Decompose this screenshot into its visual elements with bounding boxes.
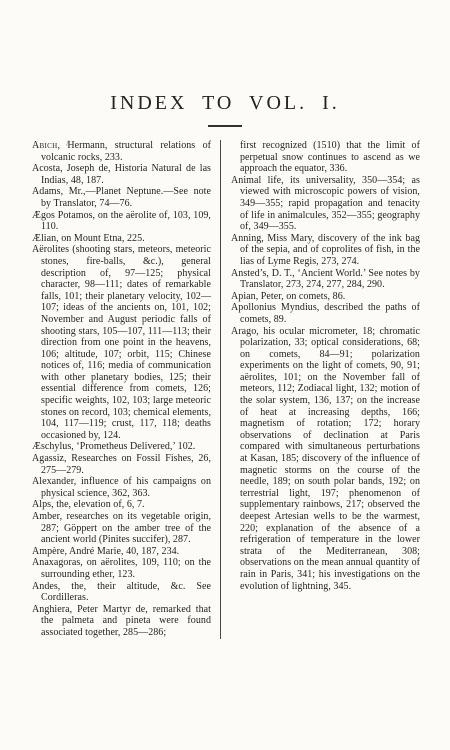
- page-title: INDEX TO VOL. I.: [0, 0, 450, 114]
- index-columns: Abich, Hermann, structural relations of …: [0, 127, 450, 639]
- index-entry: Agassiz, Researches on Fossil Fishes, 26…: [32, 453, 211, 476]
- index-entry: Anaxagoras, on aërolites, 109, 110; on t…: [32, 557, 211, 580]
- index-entry: Aërolites (shooting stars, meteors, mete…: [32, 244, 211, 441]
- index-entry: Alps, the, elevation of, 6, 7.: [32, 499, 211, 511]
- index-entry: Ampère, André Marie, 40, 187, 234.: [32, 546, 211, 558]
- index-entry: Abich, Hermann, structural relations of …: [32, 140, 211, 163]
- index-entry: Amber, researches on its vegetable origi…: [32, 511, 211, 546]
- left-column: Abich, Hermann, structural relations of …: [32, 140, 211, 639]
- index-entry: Alexander, influence of his campaigns on…: [32, 476, 211, 499]
- column-divider: [220, 140, 221, 639]
- index-entry: Acosta, Joseph de, Historia Natural de l…: [32, 163, 211, 186]
- right-column: first recognized (1510) that the limit o…: [231, 140, 420, 639]
- index-entry: Animal life, its universality, 350—354; …: [231, 175, 420, 233]
- index-entry: Ælian, on Mount Etna, 225.: [32, 233, 211, 245]
- index-entry: Apian, Peter, on comets, 86.: [231, 291, 420, 303]
- entry-lead-smallcaps: Abich: [32, 140, 57, 151]
- index-entry: Anghiera, Peter Martyr de, remarked that…: [32, 604, 211, 639]
- index-entry: Æschylus, ‘Prometheus Delivered,’ 102.: [32, 441, 211, 453]
- index-entry: Apollonius Myndius, described the paths …: [231, 302, 420, 325]
- index-entry: Ansted’s, D. T., ‘Ancient World.’ See no…: [231, 268, 420, 291]
- index-entry: Andes, the, their altitude, &c. See Cord…: [32, 581, 211, 604]
- index-entry: Adams, Mr.,—Planet Neptune.—See note by …: [32, 186, 211, 209]
- book-page: INDEX TO VOL. I. Abich, Hermann, structu…: [0, 0, 450, 750]
- index-entry: Arago, his ocular micrometer, 18; chroma…: [231, 326, 420, 593]
- index-entry-continuation: first recognized (1510) that the limit o…: [231, 140, 420, 175]
- index-entry: Anning, Miss Mary, discovery of the ink …: [231, 233, 420, 268]
- index-entry: Ægos Potamos, on the aërolite of, 103, 1…: [32, 210, 211, 233]
